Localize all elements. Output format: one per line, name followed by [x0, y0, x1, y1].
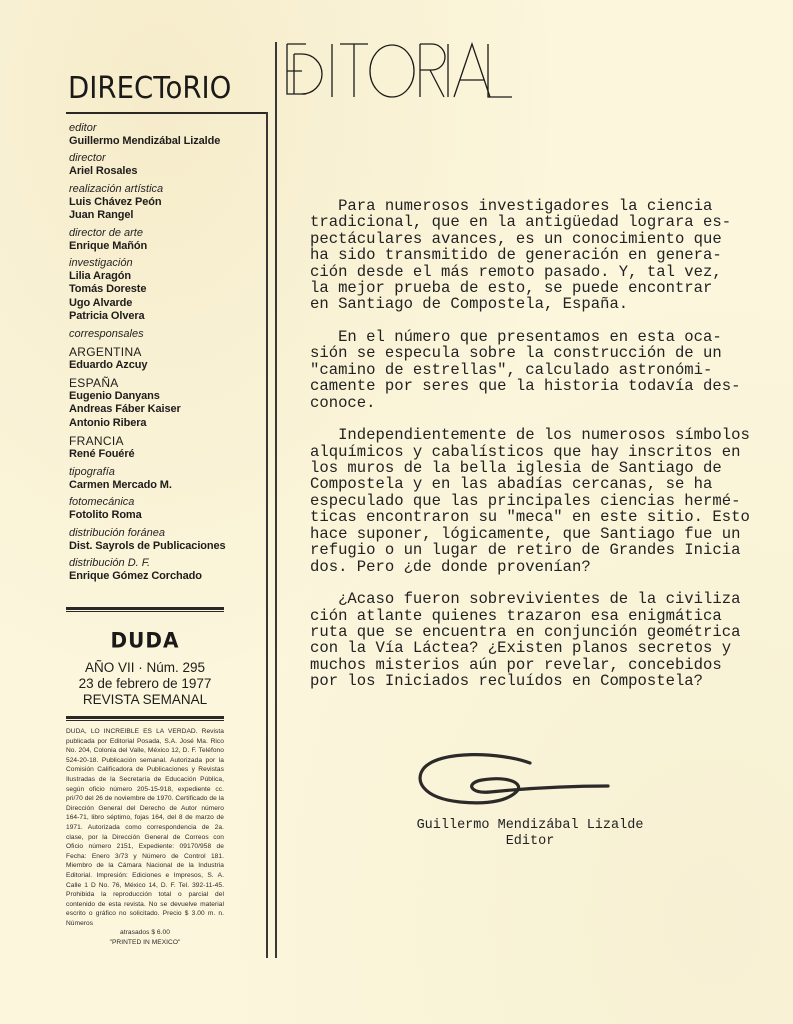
directory-group: director de arteEnrique Mañón [69, 227, 264, 253]
directory-country: FRANCIA [69, 434, 264, 448]
directory-group: distribución D. F.Enrique Gómez Corchado [69, 557, 264, 583]
directory-role: editor [69, 122, 264, 135]
printed-in-mexico: "PRINTED IN MEXICO" [66, 938, 224, 948]
directory-group: ESPAÑAEugenio DanyansAndreas Fáber Kaise… [69, 376, 264, 430]
directory-group: editorGuillermo Mendizábal Lizalde [69, 122, 264, 148]
directory-role: fotomecánica [69, 496, 264, 509]
directory-name: Enrique Gómez Corchado [69, 570, 264, 583]
directory-name: Ariel Rosales [69, 165, 264, 178]
directory-title: DIRECToRIO [68, 74, 231, 104]
issue-date: 23 de febrero de 1977 [66, 676, 224, 692]
directory-group: directorAriel Rosales [69, 152, 264, 178]
directory-name: Luis Chávez Peón [69, 196, 264, 209]
directory-name: Patricia Olvera [69, 310, 264, 323]
directory-name: Fotolito Roma [69, 509, 264, 522]
handwritten-signature [410, 750, 620, 810]
directory-role: director de arte [69, 227, 264, 240]
signature-icon [410, 750, 620, 810]
editorial-body: Para numerosos investigadores la ciencia… [310, 198, 765, 706]
legal-text: DUDA, LO INCREIBLE ES LA VERDAD. Revista… [66, 728, 224, 927]
editorial-left-rule [275, 42, 277, 958]
directory-role: distribución foránea [69, 527, 264, 540]
editorial-title-lettering: EDITORIAL [282, 42, 517, 100]
directory-role: realización artística [69, 183, 264, 196]
signature-block: Guillermo Mendizábal Lizalde Editor [330, 818, 730, 850]
editorial-paragraph: Para numerosos investigadores la ciencia… [310, 198, 765, 313]
directory-group: realización artísticaLuis Chávez PeónJua… [69, 183, 264, 223]
directory-name: René Fouéré [69, 448, 264, 461]
directory-group: investigaciónLilia AragónTomás DoresteUg… [69, 257, 264, 324]
editorial-paragraph: ¿Acaso fueron sobrevivientes de la civil… [310, 591, 765, 689]
directory-name: Carmen Mercado M. [69, 479, 264, 492]
directory-role: investigación [69, 257, 264, 270]
double-rule-top [66, 607, 224, 612]
signature-name: Guillermo Mendizábal Lizalde [330, 818, 730, 834]
signature-role: Editor [330, 834, 730, 850]
directory-group: FRANCIARené Fouéré [69, 434, 264, 461]
double-rule-bottom [66, 716, 224, 721]
directory-name: Eduardo Azcuy [69, 359, 264, 372]
directory-name: Guillermo Mendizábal Lizalde [69, 135, 264, 148]
editorial-paragraph: En el número que presentamos en esta oca… [310, 329, 765, 411]
directory-group: fotomecánicaFotolito Roma [69, 496, 264, 522]
directory-group: tipografíaCarmen Mercado M. [69, 466, 264, 492]
magazine-logo: DUDA [66, 627, 224, 652]
directory-role: director [69, 152, 264, 165]
directory-group: distribución foráneaDist. Sayrols de Pub… [69, 527, 264, 553]
directory-name: Ugo Alvarde [69, 297, 264, 310]
directory-right-border [266, 112, 268, 958]
directory-name: Juan Rangel [69, 209, 264, 222]
directory-role: distribución D. F. [69, 557, 264, 570]
directory-country: ARGENTINA [69, 345, 264, 359]
directory-group: ARGENTINAEduardo Azcuy [69, 345, 264, 372]
directory-name: Andreas Fáber Kaiser [69, 403, 264, 416]
legal-notice: DUDA, LO INCREIBLE ES LA VERDAD. Revista… [66, 727, 224, 948]
directory-country: ESPAÑA [69, 376, 264, 390]
directory-name: Eugenio Danyans [69, 390, 264, 403]
issue-number: AÑO VII · Núm. 295 [66, 660, 224, 676]
directory-name: Lilia Aragón [69, 270, 264, 283]
issue-info: AÑO VII · Núm. 295 23 de febrero de 1977… [66, 660, 224, 708]
directory-role: corresponsales [69, 328, 264, 341]
directory-name: Tomás Doreste [69, 283, 264, 296]
back-issues-price: atrasados $ 6.00 [66, 928, 224, 938]
directory-group: corresponsales [69, 328, 264, 341]
directory-top-rule [66, 112, 268, 114]
directory-list: editorGuillermo Mendizábal Lizaldedirect… [69, 122, 264, 587]
directory-name: Enrique Mañón [69, 240, 264, 253]
editorial-title: EDITORIAL [282, 42, 517, 105]
directory-name: Antonio Ribera [69, 417, 264, 430]
issue-frequency: REVISTA SEMANAL [66, 692, 224, 708]
directory-role: tipografía [69, 466, 264, 479]
directory-name: Dist. Sayrols de Publicaciones [69, 540, 264, 553]
editorial-paragraph: Independientemente de los numerosos símb… [310, 427, 765, 575]
